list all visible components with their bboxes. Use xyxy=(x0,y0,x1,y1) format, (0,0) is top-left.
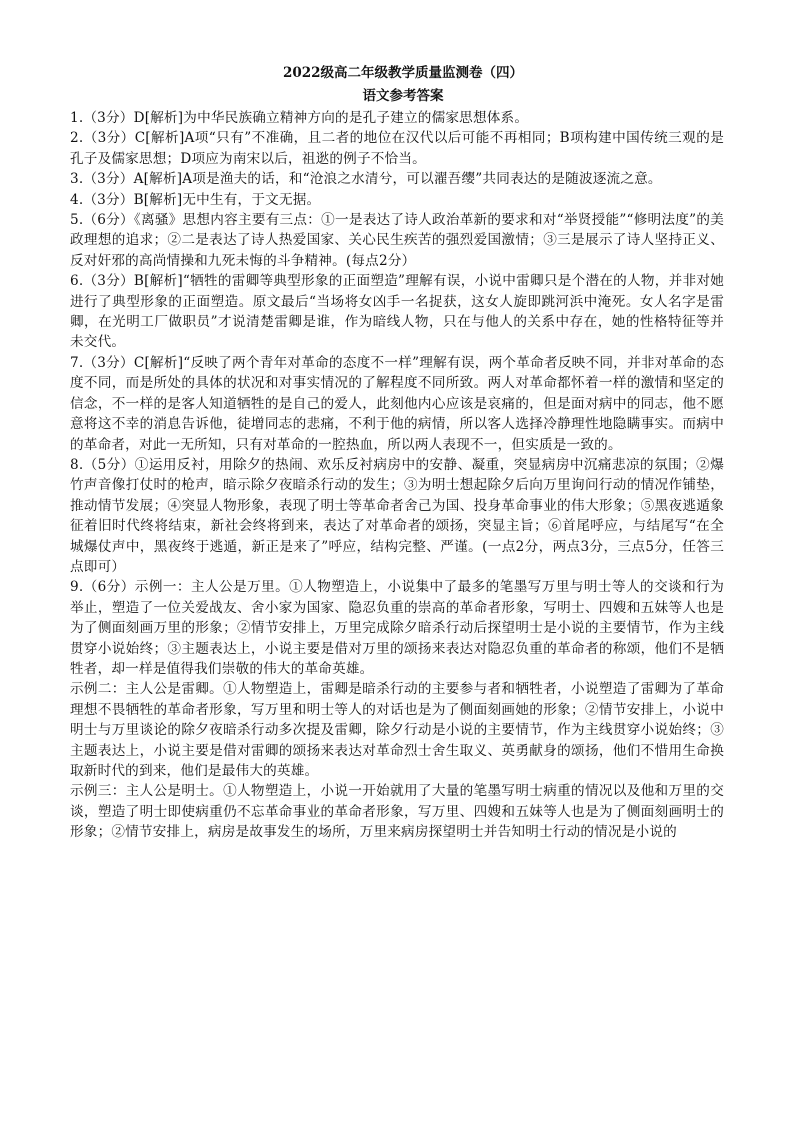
answer-4: 4.（3分）B[解析]无中生有，于文无据。 xyxy=(70,190,724,210)
answer-3: 3.（3分）A[解析]A项是渔夫的话，和“沧浪之水清兮，可以濯吾缨”共同表达的是… xyxy=(70,169,724,189)
answer-6: 6.（3分）B[解析]“牺牲的雷卿等典型形象的正面塑造”理解有误，小说中雷卿只是… xyxy=(70,271,724,353)
answer-9-example-2: 示例二：主人公是雷卿。①人物塑造上，雷卿是暗杀行动的主要参与者和牺牲者，小说塑造… xyxy=(70,679,724,781)
answer-9-example-1: 9.（6分）示例一：主人公是万里。①人物塑造上，小说集中了最多的笔墨写万里与明士… xyxy=(70,577,724,679)
answer-9-example-3: 示例三：主人公是明士。①人物塑造上，小说一开始就用了大量的笔墨写明士病重的情况以… xyxy=(70,781,724,842)
answer-7: 7.（3分）C[解析]“反映了两个青年对革命的态度不一样”理解有误，两个革命者反… xyxy=(70,353,724,455)
answer-1: 1.（3分）D[解析]为中华民族确立精神方向的是孔子建立的儒家思想体系。 xyxy=(70,108,724,128)
answer-5: 5.（6分）《离骚》思想内容主要有三点：①一是表达了诗人政治革新的要求和对“举贤… xyxy=(70,210,724,271)
document-title: 2022级高二年级教学质量监测卷（四） xyxy=(82,62,724,85)
answer-2: 2.（3分）C[解析]A项“只有”不准确，且二者的地位在汉代以后可能不再相同；B… xyxy=(70,128,724,169)
answer-key-page: 2022级高二年级教学质量监测卷（四） 语文参考答案 1.（3分）D[解析]为中… xyxy=(70,62,724,843)
answer-8: 8.（5分）①运用反衬，用除夕的热闹、欢乐反衬病房中的安静、凝重，突显病房中沉痛… xyxy=(70,455,724,577)
document-subtitle: 语文参考答案 xyxy=(82,85,724,108)
